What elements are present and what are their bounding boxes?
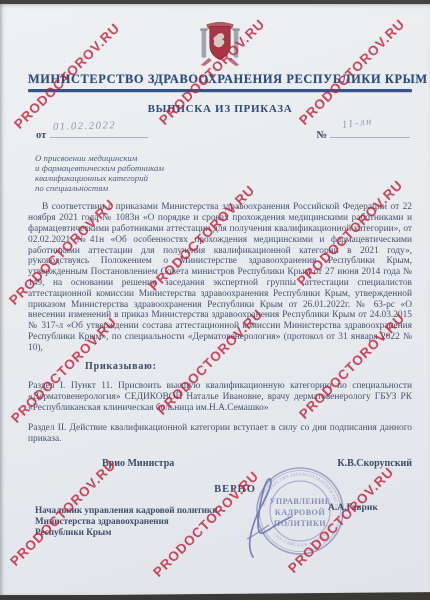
ministry-title: МИНИСТЕРСТВО ЗДРАВООХРАНЕНИЯ РЕСПУБЛИКИ …	[28, 72, 412, 87]
document-content: МИНИСТЕРСТВО ЗДРАВООХРАНЕНИЯ РЕСПУБЛИКИ …	[28, 17, 412, 538]
order-number-underline: 11-лн	[330, 124, 410, 138]
order-date-value: 01.02.2022	[53, 120, 117, 133]
signer-title: Врио Министра	[102, 458, 174, 469]
document-paper: МИНИСТЕРСТВО ЗДРАВООХРАНЕНИЯ РЕСПУБЛИКИ …	[0, 3, 430, 595]
photo-top-edge	[0, 0, 430, 4]
order-subject: О присвоении медицинским и фармацевтичес…	[35, 153, 412, 194]
doc-type-title: ВЫПИСКА ИЗ ПРИКАЗА	[28, 103, 412, 115]
section-2-paragraph: Раздел II. Действие квалификационной кат…	[28, 423, 412, 445]
certifier-name: А.А.Гаврик	[328, 503, 378, 513]
certifier-signature-icon	[233, 469, 297, 563]
scanned-document-photo: МИНИСТЕРСТВО ЗДРАВООХРАНЕНИЯ РЕСПУБЛИКИ …	[0, 0, 430, 600]
order-date-label: от	[36, 130, 46, 141]
order-date-underline: 01.02.2022	[50, 124, 148, 138]
order-verb: Приказываю:	[85, 361, 412, 372]
order-number-value: 11-лн	[341, 116, 373, 131]
title-underline	[28, 89, 412, 92]
order-number-label: №	[316, 130, 327, 141]
order-date-number-row: от01.02.2022 №11-лн	[28, 124, 412, 142]
certifier-title-line: Министерства здравоохранения	[35, 516, 412, 527]
preamble-paragraph: В соответствии с приказами Министерства …	[28, 202, 412, 353]
subject-line: квалификационных категорий	[35, 173, 412, 183]
certifier-title-line: Республики Крым	[35, 527, 412, 538]
section-1-paragraph: Раздел I. Пункт 11. Присвоить высшую ква…	[28, 381, 412, 414]
signature-row: Врио Министра К.В.Скорупский	[28, 458, 412, 469]
crimea-coat-of-arms-icon	[197, 17, 243, 69]
subject-line: О присвоении медицинским	[35, 153, 412, 163]
subject-line: и фармацевтическим работникам	[35, 163, 412, 173]
subject-line: по специальностям	[35, 183, 412, 193]
signer-name: К.В.Скорупский	[337, 458, 412, 469]
